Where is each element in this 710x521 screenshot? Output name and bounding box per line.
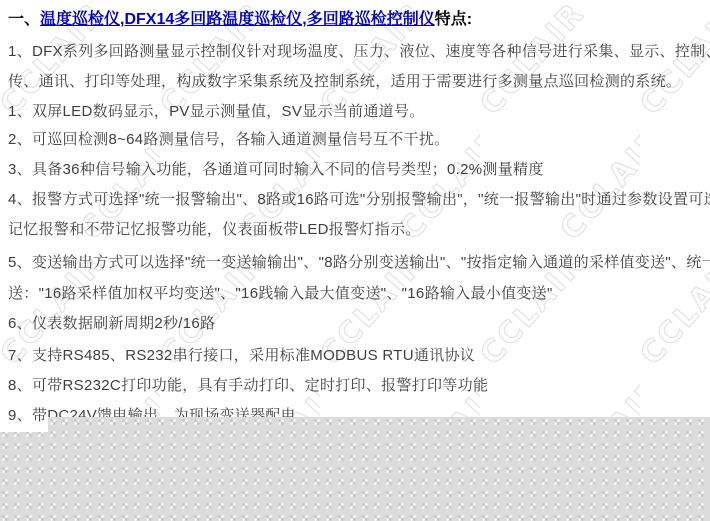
section-title: 一、温度巡检仪,DFX14多回路温度巡检仪,多回路巡检控制仪特点: xyxy=(8,6,472,29)
feature-line-5a: 5、变送输出方式可以选择"统一变送输输出"、"8路分别变送输出"、"按指定输入通… xyxy=(8,251,710,272)
product-title-link[interactable]: 温度巡检仪,DFX14多回路温度巡检仪,多回路巡检控制仪 xyxy=(40,11,435,28)
intro-line-2: 传、通讯、打印等处理，构成数字采集系统及控制系统，适用于需要进行多测量点巡回检测… xyxy=(8,70,681,91)
intro-line-1: 1、DFX系列多回路测量显示控制仪针对现场温度、压力、液位、速度等各种信号进行采… xyxy=(8,40,710,61)
feature-line-4b: 记忆报警和不带记忆报警功能，仪表面板带LED报警灯指示。 xyxy=(8,218,421,239)
product-feature-page: CCLAIR CCLAIR 一、温度巡检仪,DFX14多回路温度巡检仪,多回路巡… xyxy=(0,0,710,521)
section-title-number: 一、 xyxy=(8,11,40,28)
feature-line-1: 1、双屏LED数码显示，PV显示测量值，SV显示当前通道号。 xyxy=(8,100,425,121)
feature-line-8: 8、可带RS232C打印功能，具有手动打印、定时打印、报警打印等功能 xyxy=(8,374,488,395)
feature-line-3: 3、具备36种信号输入功能，各通道可同时输入不同的信号类型；0.2%测量精度 xyxy=(8,158,544,179)
feature-line-7: 7、支持RS485、RS232串行接口，采用标准MODBUS RTU通讯协议 xyxy=(8,344,475,365)
bottom-gray-panel xyxy=(0,417,710,521)
feature-line-4a: 4、报警方式可选择"统一报警输出"、8路或16路可选"分别报警输出"，"统一报警… xyxy=(8,188,710,209)
section-title-suffix: 特点: xyxy=(435,11,472,28)
feature-line-2: 2、可巡回检测8~64路测量信号，各输入通道测量信号互不干扰。 xyxy=(8,128,449,149)
feature-line-5b: 送："16路采样值加权平均变送"、"16践输入最大值变送"、"16路输入最小值变… xyxy=(8,282,553,303)
feature-line-6: 6、仪表数据刷新周期2秒/16路 xyxy=(8,312,215,333)
